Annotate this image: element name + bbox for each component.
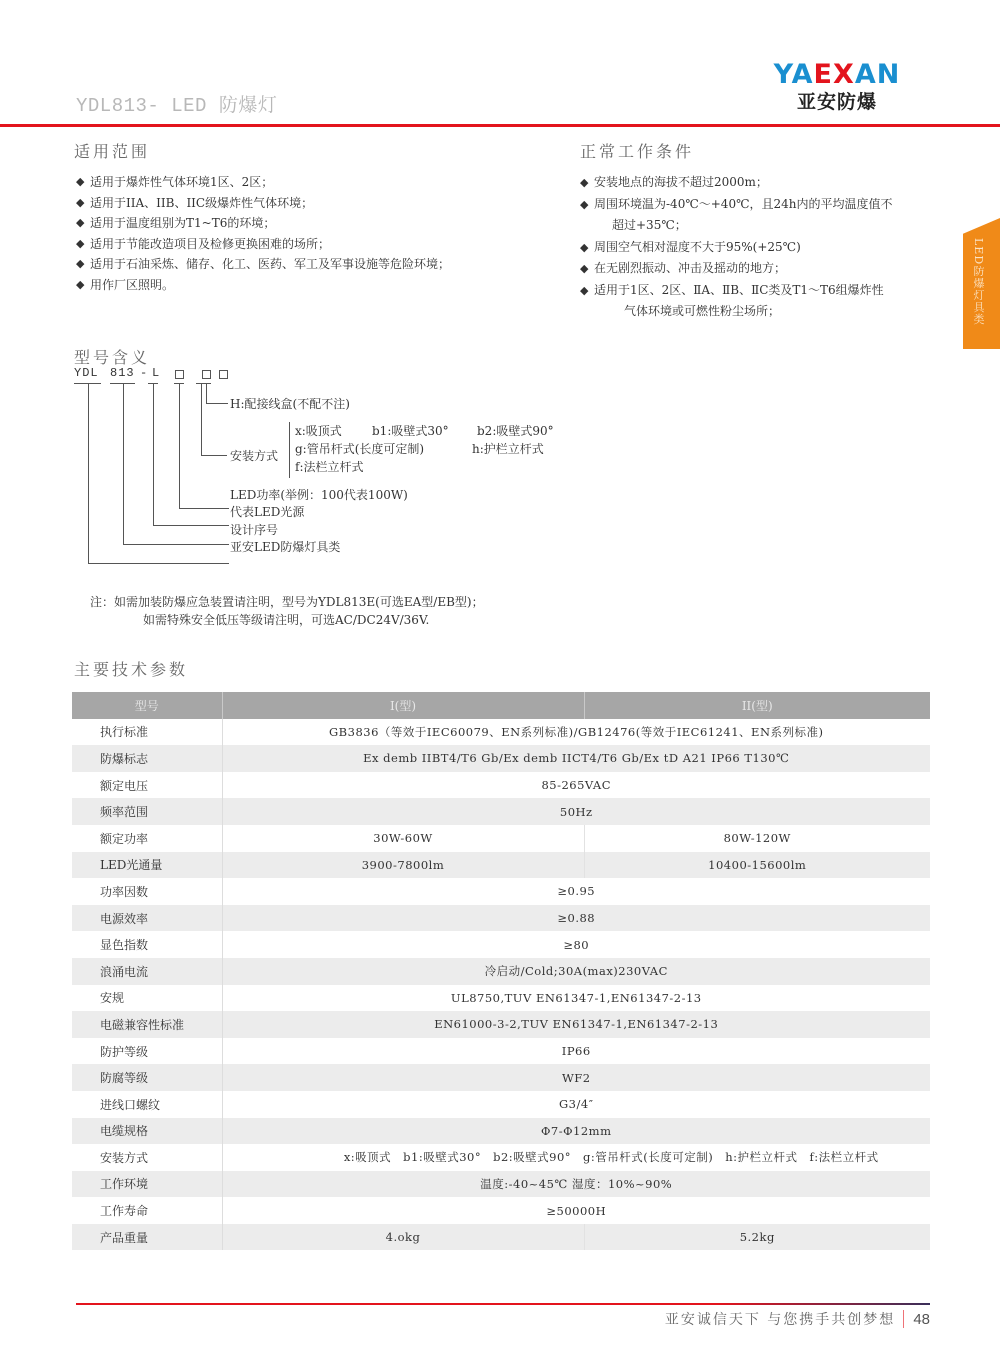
table-row: 进线口螺纹G3/4″ — [72, 1091, 930, 1118]
diamond-bullet-icon: ◆ — [76, 172, 84, 193]
specs-table: 型号 I(型) II(型) 执行标准GB3836（等效于IEC60079、EN系… — [72, 692, 930, 1250]
spec-key: 工作寿命 — [72, 1197, 222, 1224]
spec-value: EN61000-3-2,TUV EN61347-1,EN61347-2-13 — [222, 1011, 930, 1038]
list-item-text: 在无剧烈振动、冲击及摇动的地方； — [594, 261, 786, 275]
connector-line — [88, 563, 229, 564]
spec-value-type-ii: 80W-120W — [584, 825, 930, 852]
table-row: 防护等级IP66 — [72, 1038, 930, 1065]
diamond-bullet-icon: ◆ — [580, 258, 588, 280]
list-item: ◆适用于1区、2区、ⅡA、ⅡB、ⅡC类及T1～T6组爆炸性气体环境或可燃性粉尘场… — [580, 280, 893, 323]
connector-line — [206, 383, 207, 403]
table-row: 防腐等级WF2 — [72, 1064, 930, 1091]
install-option: f:法栏立杆式 — [295, 458, 364, 476]
table-row: 浪涌电流冷启动/Cold;30A(max)230VAC — [72, 958, 930, 985]
column-header-type-i: I(型) — [222, 692, 584, 719]
connector-line — [206, 403, 228, 404]
table-header-row: 型号 I(型) II(型) — [72, 692, 930, 719]
table-row: 电源效率≥0.88 — [72, 905, 930, 932]
list-item-text: 适用于温度组别为T1~T6的环境； — [90, 216, 275, 230]
table-row: 额定电压85-265VAC — [72, 772, 930, 799]
spec-key: 防护等级 — [72, 1038, 222, 1065]
code-number: 813 — [110, 366, 135, 380]
spec-value: G3/4″ — [222, 1091, 930, 1118]
spec-value: Φ7-Φ12mm — [222, 1118, 930, 1145]
install-method-label: 安装方式 — [230, 447, 278, 464]
list-item-continuation: 气体环境或可燃性粉尘场所； — [594, 301, 893, 323]
footer: 亚安诚信天下 与您携手共创梦想 48 — [665, 1309, 930, 1329]
table-row: 产品重量4.okg5.2kg — [72, 1224, 930, 1251]
spec-value: 50Hz — [222, 798, 930, 825]
note-line: 如需特殊安全低压等级请注明，可选AC/DC24V/36V. — [90, 611, 484, 629]
diamond-bullet-icon: ◆ — [76, 254, 84, 275]
list-item: ◆适用于爆炸性气体环境1区、2区； — [76, 172, 450, 193]
spec-key: 功率因数 — [72, 878, 222, 905]
table-row: 防爆标志Ex demb IIBT4/T6 Gb/Ex demb IICT4/T6… — [72, 745, 930, 772]
install-option: x:吸顶式 — [295, 422, 342, 440]
connector-line — [88, 383, 89, 564]
spec-key: 浪涌电流 — [72, 958, 222, 985]
spec-key: 防爆标志 — [72, 745, 222, 772]
spec-key: LED光通量 — [72, 852, 222, 879]
list-item-text: 周围环境温为-40℃～+40℃，且24h内的平均温度值不 — [594, 197, 893, 211]
table-row: 功率因数≥0.95 — [72, 878, 930, 905]
table-row: 电缆规格Φ7-Φ12mm — [72, 1118, 930, 1145]
spec-key: 安规 — [72, 985, 222, 1012]
spec-value: ≥0.95 — [222, 878, 930, 905]
list-item-text: 适用于IIA、IIB、IIC级爆炸性气体环境； — [90, 196, 313, 210]
note-line: 注：如需加装防爆应急装置请注明，型号为YDL813E(可选EA型/EB型)； — [90, 595, 484, 609]
column-header-model: 型号 — [72, 692, 222, 719]
code-l: L — [152, 366, 160, 380]
spec-value: 冷启动/Cold;30A(max)230VAC — [222, 958, 930, 985]
specs-title: 主要技术参数 — [74, 657, 188, 680]
table-row: LED光通量3900-7800lm10400-15600lm — [72, 852, 930, 879]
diamond-bullet-icon: ◆ — [76, 234, 84, 255]
spec-value-type-i: 4.okg — [222, 1224, 584, 1251]
spec-value: ≥80 — [222, 931, 930, 958]
spec-key: 频率范围 — [72, 798, 222, 825]
spec-key: 安装方式 — [72, 1144, 222, 1171]
spec-value: ≥50000H — [222, 1197, 930, 1224]
list-item-text: 适用于石油采炼、储存、化工、医药、军工及军事设施等危险环境； — [90, 257, 450, 271]
table-row: 额定功率30W-60W80W-120W — [72, 825, 930, 852]
spec-key: 防腐等级 — [72, 1064, 222, 1091]
spec-key: 额定电压 — [72, 772, 222, 799]
spec-key: 显色指数 — [72, 931, 222, 958]
connector-line — [153, 525, 229, 526]
conditions-list: ◆安装地点的海拔不超过2000m； ◆周围环境温为-40℃～+40℃，且24h内… — [580, 172, 893, 323]
list-item: ◆安装地点的海拔不超过2000m； — [580, 172, 893, 194]
spec-key: 额定功率 — [72, 825, 222, 852]
placeholder-box-icon — [219, 370, 228, 379]
list-item-text: 适用于1区、2区、ⅡA、ⅡB、ⅡC类及T1～T6组爆炸性 — [594, 283, 884, 297]
logo-part: AN — [855, 59, 901, 90]
diamond-bullet-icon: ◆ — [580, 237, 588, 259]
conditions-title: 正常工作条件 — [580, 139, 694, 162]
code-ydl: YDL — [74, 366, 99, 380]
spec-value: WF2 — [222, 1064, 930, 1091]
spec-value: UL8750,TUV EN61347-1,EN61347-2-13 — [222, 985, 930, 1012]
connector-line — [179, 508, 229, 509]
list-item: ◆适用于节能改造项目及检修更换困难的场所； — [76, 234, 450, 255]
spec-key: 工作环境 — [72, 1171, 222, 1198]
logo-part: YA — [774, 59, 814, 90]
list-item-text: 周围空气相对湿度不大于95%(+25℃) — [594, 240, 801, 254]
install-option: g:管吊杆式(长度可定制) — [295, 440, 424, 458]
list-item-text: 适用于节能改造项目及检修更换困难的场所； — [90, 237, 330, 251]
spec-value: 85-265VAC — [222, 772, 930, 799]
led-source-label: 代表LED光源 — [230, 503, 304, 520]
table-row: 电磁兼容性标准EN61000-3-2,TUV EN61347-1,EN61347… — [72, 1011, 930, 1038]
list-item: ◆用作厂区照明。 — [76, 275, 450, 296]
spec-key: 电磁兼容性标准 — [72, 1011, 222, 1038]
table-row: 安规UL8750,TUV EN61347-1,EN61347-2-13 — [72, 985, 930, 1012]
connector-line — [153, 383, 154, 525]
spec-key: 产品重量 — [72, 1224, 222, 1251]
table-row: 工作寿命≥50000H — [72, 1197, 930, 1224]
design-sequence-label: 设计序号 — [230, 521, 278, 538]
footer-divider — [76, 1303, 930, 1305]
table-row: 显色指数≥80 — [72, 931, 930, 958]
connector-line — [123, 544, 229, 545]
column-header-type-ii: II(型) — [584, 692, 930, 719]
h-option-label: H:配接线盒(不配不注) — [230, 395, 350, 412]
install-option: b2:吸壁式90° — [477, 422, 554, 440]
list-item: ◆周围环境温为-40℃～+40℃，且24h内的平均温度值不超过+35℃； — [580, 194, 893, 237]
diamond-bullet-icon: ◆ — [76, 275, 84, 296]
spec-value-type-ii: 5.2kg — [584, 1224, 930, 1251]
diamond-bullet-icon: ◆ — [580, 172, 588, 194]
footer-slogan: 亚安诚信天下 与您携手共创梦想 — [665, 1309, 895, 1329]
footer-separator — [903, 1310, 904, 1328]
install-option: b1:吸壁式30° — [372, 422, 449, 440]
category-side-tab-label: LED防爆灯具类 — [966, 238, 986, 325]
logo-part: EX — [814, 59, 855, 90]
list-item-text: 适用于爆炸性气体环境1区、2区； — [90, 175, 273, 189]
code-dash: - — [140, 366, 148, 380]
connector-line — [201, 455, 227, 456]
diamond-bullet-icon: ◆ — [580, 280, 588, 302]
category-label: 亚安LED防爆灯具类 — [230, 538, 340, 555]
list-item: ◆在无剧烈振动、冲击及摇动的地方； — [580, 258, 893, 280]
power-label: LED功率(举例：100代表100W) — [230, 486, 408, 503]
connector-line — [179, 383, 180, 509]
diamond-bullet-icon: ◆ — [76, 213, 84, 234]
spec-value: ≥0.88 — [222, 905, 930, 932]
diamond-bullet-icon: ◆ — [76, 193, 84, 214]
list-item-text: 安装地点的海拔不超过2000m； — [594, 175, 768, 189]
spec-key: 执行标准 — [72, 719, 222, 746]
model-code-diagram: YDL 813 - L H:配接线盒(不配不注) 安装方式 x:吸顶式 b1:吸… — [72, 366, 592, 576]
list-item: ◆周围空气相对湿度不大于95%(+25℃) — [580, 237, 893, 259]
table-row: 安装方式x:吸顶式 b1:吸壁式30° b2:吸壁式90° g:管吊杆式(长度可… — [72, 1144, 930, 1171]
page-number: 48 — [913, 1311, 930, 1328]
spec-key: 电源效率 — [72, 905, 222, 932]
list-item: ◆适用于IIA、IIB、IIC级爆炸性气体环境； — [76, 193, 450, 214]
ordering-note: 注：如需加装防爆应急装置请注明，型号为YDL813E(可选EA型/EB型)； 如… — [90, 593, 484, 629]
table-row: 工作环境温度:-40~45℃ 湿度：10%~90% — [72, 1171, 930, 1198]
diamond-bullet-icon: ◆ — [580, 194, 588, 216]
logo-chinese: 亚安防爆 — [762, 90, 912, 114]
spec-value: 温度:-40~45℃ 湿度：10%~90% — [222, 1171, 930, 1198]
scope-list: ◆适用于爆炸性气体环境1区、2区； ◆适用于IIA、IIB、IIC级爆炸性气体环… — [76, 172, 450, 295]
page-title: YDL813- LED 防爆灯 — [76, 90, 277, 117]
table-row: 频率范围50Hz — [72, 798, 930, 825]
spec-value: GB3836（等效于IEC60079、EN系列标准)/GB12476(等效于IE… — [222, 719, 930, 746]
install-option: h:护栏立杆式 — [472, 440, 544, 458]
list-item-text: 用作厂区照明。 — [90, 278, 174, 292]
placeholder-box-icon — [202, 370, 211, 379]
table-row: 执行标准GB3836（等效于IEC60079、EN系列标准)/GB12476(等… — [72, 719, 930, 746]
list-item-continuation: 超过+35℃； — [594, 215, 893, 237]
connector-line — [201, 383, 202, 456]
spec-value-type-ii: 10400-15600lm — [584, 852, 930, 879]
spec-value-type-i: 3900-7800lm — [222, 852, 584, 879]
placeholder-box-icon — [175, 370, 184, 379]
model-meaning-title: 型号含义 — [74, 345, 150, 368]
connector-line — [123, 383, 124, 545]
brand-logo: YAEXAN 亚安防爆 — [762, 60, 912, 114]
spec-value: IP66 — [222, 1038, 930, 1065]
spec-value: x:吸顶式 b1:吸壁式30° b2:吸壁式90° g:管吊杆式(长度可定制) … — [222, 1144, 930, 1171]
bracket-line — [289, 422, 290, 478]
list-item: ◆适用于石油采炼、储存、化工、医药、军工及军事设施等危险环境； — [76, 254, 450, 275]
spec-key: 进线口螺纹 — [72, 1091, 222, 1118]
list-item: ◆适用于温度组别为T1~T6的环境； — [76, 213, 450, 234]
scope-title: 适用范围 — [74, 139, 150, 162]
header-divider — [0, 124, 1000, 127]
spec-key: 电缆规格 — [72, 1118, 222, 1145]
spec-value: Ex demb IIBT4/T6 Gb/Ex demb IICT4/T6 Gb/… — [222, 745, 930, 772]
spec-value-type-i: 30W-60W — [222, 825, 584, 852]
logo-wordmark: YAEXAN — [762, 60, 912, 90]
